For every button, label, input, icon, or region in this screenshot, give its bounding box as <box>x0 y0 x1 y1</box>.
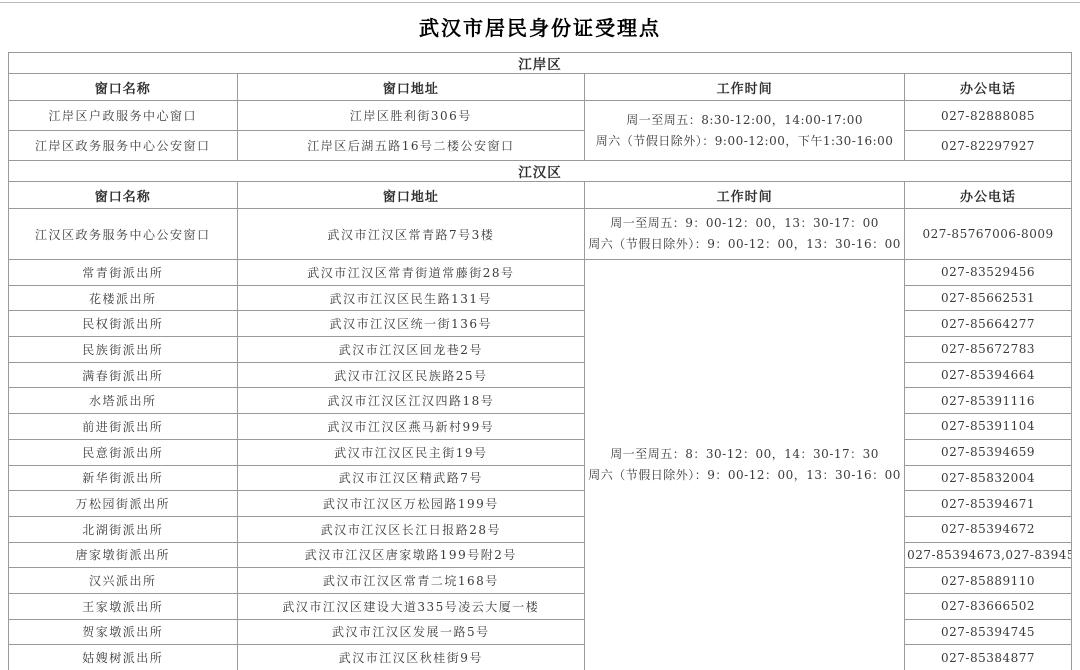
column-header: 办公电话 <box>905 74 1072 101</box>
window-name-cell: 民权街派出所 <box>9 311 238 337</box>
column-header: 窗口名称 <box>9 182 238 209</box>
hours-saturday-line: 周六（节假日除外）：9:00-12:00，下午1:30-16:00 <box>587 131 902 152</box>
phone-cell: 027-85391116 <box>905 388 1072 414</box>
hours-weekday-line: 周一至周五：8：30-12：00，14：30-17：30 <box>587 444 902 465</box>
table-row: 水塔派出所武汉市江汉区江汉四路18号027-85391116 <box>9 388 1072 414</box>
phone-cell: 027-85662531 <box>905 285 1072 311</box>
address-cell: 武汉市江汉区发展一路5号 <box>237 619 585 645</box>
window-name-cell: 江岸区政务服务中心公安窗口 <box>9 131 238 161</box>
address-cell: 武汉市江汉区民生路131号 <box>237 285 585 311</box>
phone-cell: 027-85394659 <box>905 439 1072 465</box>
table-row: 新华街派出所武汉市江汉区精武路7号027-85832004 <box>9 465 1072 491</box>
address-cell: 武汉市江汉区民族路25号 <box>237 362 585 388</box>
window-name-cell: 汉兴派出所 <box>9 568 238 594</box>
phone-cell: 027-85672783 <box>905 337 1072 363</box>
top-divider <box>0 2 1080 3</box>
window-name-cell: 满春街派出所 <box>9 362 238 388</box>
section-header-label: 江汉区 <box>9 161 1072 182</box>
window-name-cell: 北湖街派出所 <box>9 516 238 542</box>
window-name-cell: 贺家墩派出所 <box>9 619 238 645</box>
table-row: 万松园街派出所武汉市江汉区万松园路199号027-85394671 <box>9 491 1072 517</box>
address-cell: 江岸区胜利街306号 <box>237 101 585 131</box>
phone-cell: 027-85832004 <box>905 465 1072 491</box>
window-name-cell: 江岸区户政服务中心窗口 <box>9 101 238 131</box>
address-cell: 武汉市江汉区民主街19号 <box>237 439 585 465</box>
address-cell: 武汉市江汉区常青路7号3楼 <box>237 209 585 260</box>
acceptance-points-table: 江岸区窗口名称窗口地址工作时间办公电话江岸区户政服务中心窗口江岸区胜利街306号… <box>8 52 1072 670</box>
window-name-cell: 民族街派出所 <box>9 337 238 363</box>
table-row: 江岸区户政服务中心窗口江岸区胜利街306号周一至周五：8:30-12:00，14… <box>9 101 1072 131</box>
table-row: 王家墩派出所武汉市江汉区建设大道335号凌云大厦一楼027-83666502 <box>9 593 1072 619</box>
column-header: 窗口名称 <box>9 74 238 101</box>
window-name-cell: 水塔派出所 <box>9 388 238 414</box>
table-row: 江岸区政务服务中心公安窗口江岸区后湖五路16号二楼公安窗口027-8229792… <box>9 131 1072 161</box>
phone-cell: 027-85384877 <box>905 645 1072 670</box>
section-header-row: 江汉区 <box>9 161 1072 182</box>
table-row: 汉兴派出所武汉市江汉区常青二垸168号027-85889110 <box>9 568 1072 594</box>
address-cell: 武汉市江汉区精武路7号 <box>237 465 585 491</box>
column-header: 窗口地址 <box>237 74 585 101</box>
table-row: 江汉区政务服务中心公安窗口武汉市江汉区常青路7号3楼周一至周五：9：00-12：… <box>9 209 1072 260</box>
column-header: 工作时间 <box>585 182 905 209</box>
working-hours-cell: 周一至周五：8:30-12:00，14:00-17:00周六（节假日除外）：9:… <box>585 101 905 161</box>
phone-cell: 027-85394664 <box>905 362 1072 388</box>
window-name-cell: 王家墩派出所 <box>9 593 238 619</box>
window-name-cell: 前进街派出所 <box>9 414 238 440</box>
column-header: 窗口地址 <box>237 182 585 209</box>
phone-cell: 027-85394672 <box>905 516 1072 542</box>
acceptance-points-table-body: 江岸区窗口名称窗口地址工作时间办公电话江岸区户政服务中心窗口江岸区胜利街306号… <box>9 53 1072 670</box>
id-card-acceptance-page: 武汉市居民身份证受理点 江岸区窗口名称窗口地址工作时间办公电话江岸区户政服务中心… <box>0 0 1080 670</box>
table-row: 贺家墩派出所武汉市江汉区发展一路5号027-85394745 <box>9 619 1072 645</box>
window-name-cell: 唐家墩街派出所 <box>9 542 238 568</box>
table-row: 满春街派出所武汉市江汉区民族路25号027-85394664 <box>9 362 1072 388</box>
column-header-row: 窗口名称窗口地址工作时间办公电话 <box>9 74 1072 101</box>
address-cell: 武汉市江汉区燕马新村99号 <box>237 414 585 440</box>
window-name-cell: 新华街派出所 <box>9 465 238 491</box>
phone-cell: 027-85664277 <box>905 311 1072 337</box>
address-cell: 武汉市江汉区万松园路199号 <box>237 491 585 517</box>
hours-saturday-line: 周六（节假日除外）：9：00-12：00，13：30-16：00 <box>587 465 902 486</box>
hours-weekday-line: 周一至周五：9：00-12：00，13：30-17：00 <box>587 213 902 234</box>
page-title: 武汉市居民身份证受理点 <box>0 8 1080 48</box>
address-cell: 武汉市江汉区常青二垸168号 <box>237 568 585 594</box>
table-row: 民族街派出所武汉市江汉区回龙巷2号027-85672783 <box>9 337 1072 363</box>
table-row: 前进街派出所武汉市江汉区燕马新村99号027-85391104 <box>9 414 1072 440</box>
phone-cell: 027-85394671 <box>905 491 1072 517</box>
address-cell: 武汉市江汉区回龙巷2号 <box>237 337 585 363</box>
address-cell: 武汉市江汉区长江日报路28号 <box>237 516 585 542</box>
window-name-cell: 万松园街派出所 <box>9 491 238 517</box>
table-row: 民权街派出所武汉市江汉区统一街136号027-85664277 <box>9 311 1072 337</box>
window-name-cell: 江汉区政务服务中心公安窗口 <box>9 209 238 260</box>
window-name-cell: 民意街派出所 <box>9 439 238 465</box>
address-cell: 武汉市江汉区常青街道常藤街28号 <box>237 260 585 286</box>
working-hours-cell: 周一至周五：9：00-12：00，13：30-17：00周六（节假日除外）：9：… <box>585 209 905 260</box>
window-name-cell: 姑嫂树派出所 <box>9 645 238 670</box>
address-cell: 江岸区后湖五路16号二楼公安窗口 <box>237 131 585 161</box>
table-row: 花楼派出所武汉市江汉区民生路131号027-85662531 <box>9 285 1072 311</box>
window-name-cell: 常青街派出所 <box>9 260 238 286</box>
table-row: 民意街派出所武汉市江汉区民主街19号027-85394659 <box>9 439 1072 465</box>
section-header-row: 江岸区 <box>9 53 1072 74</box>
address-cell: 武汉市江汉区建设大道335号凌云大厦一楼 <box>237 593 585 619</box>
working-hours-cell: 周一至周五：8：30-12：00，14：30-17：30周六（节假日除外）：9：… <box>585 260 905 670</box>
address-cell: 武汉市江汉区唐家墩路199号附2号 <box>237 542 585 568</box>
phone-cell: 027-83666502 <box>905 593 1072 619</box>
phone-cell: 027-85767006-8009 <box>905 209 1072 260</box>
column-header-row: 窗口名称窗口地址工作时间办公电话 <box>9 182 1072 209</box>
hours-saturday-line: 周六（节假日除外）：9：00-12：00，13：30-16：00 <box>587 234 902 255</box>
table-row: 常青街派出所武汉市江汉区常青街道常藤街28号周一至周五：8：30-12：00，1… <box>9 260 1072 286</box>
table-row: 姑嫂树派出所武汉市江汉区秋桂街9号027-85384877 <box>9 645 1072 670</box>
phone-cell: 027-85391104 <box>905 414 1072 440</box>
address-cell: 武汉市江汉区江汉四路18号 <box>237 388 585 414</box>
window-name-cell: 花楼派出所 <box>9 285 238 311</box>
phone-cell: 027-85889110 <box>905 568 1072 594</box>
table-row: 唐家墩街派出所武汉市江汉区唐家墩路199号附2号027-85394673,027… <box>9 542 1072 568</box>
table-row: 北湖街派出所武汉市江汉区长江日报路28号027-85394672 <box>9 516 1072 542</box>
phone-cell: 027-85394673,027-83945190 <box>905 542 1072 568</box>
phone-cell: 027-85394745 <box>905 619 1072 645</box>
column-header: 工作时间 <box>585 74 905 101</box>
hours-weekday-line: 周一至周五：8:30-12:00，14:00-17:00 <box>587 110 902 131</box>
address-cell: 武汉市江汉区统一街136号 <box>237 311 585 337</box>
column-header: 办公电话 <box>905 182 1072 209</box>
phone-cell: 027-82297927 <box>905 131 1072 161</box>
address-cell: 武汉市江汉区秋桂街9号 <box>237 645 585 670</box>
section-header-label: 江岸区 <box>9 53 1072 74</box>
phone-cell: 027-82888085 <box>905 101 1072 131</box>
phone-cell: 027-83529456 <box>905 260 1072 286</box>
